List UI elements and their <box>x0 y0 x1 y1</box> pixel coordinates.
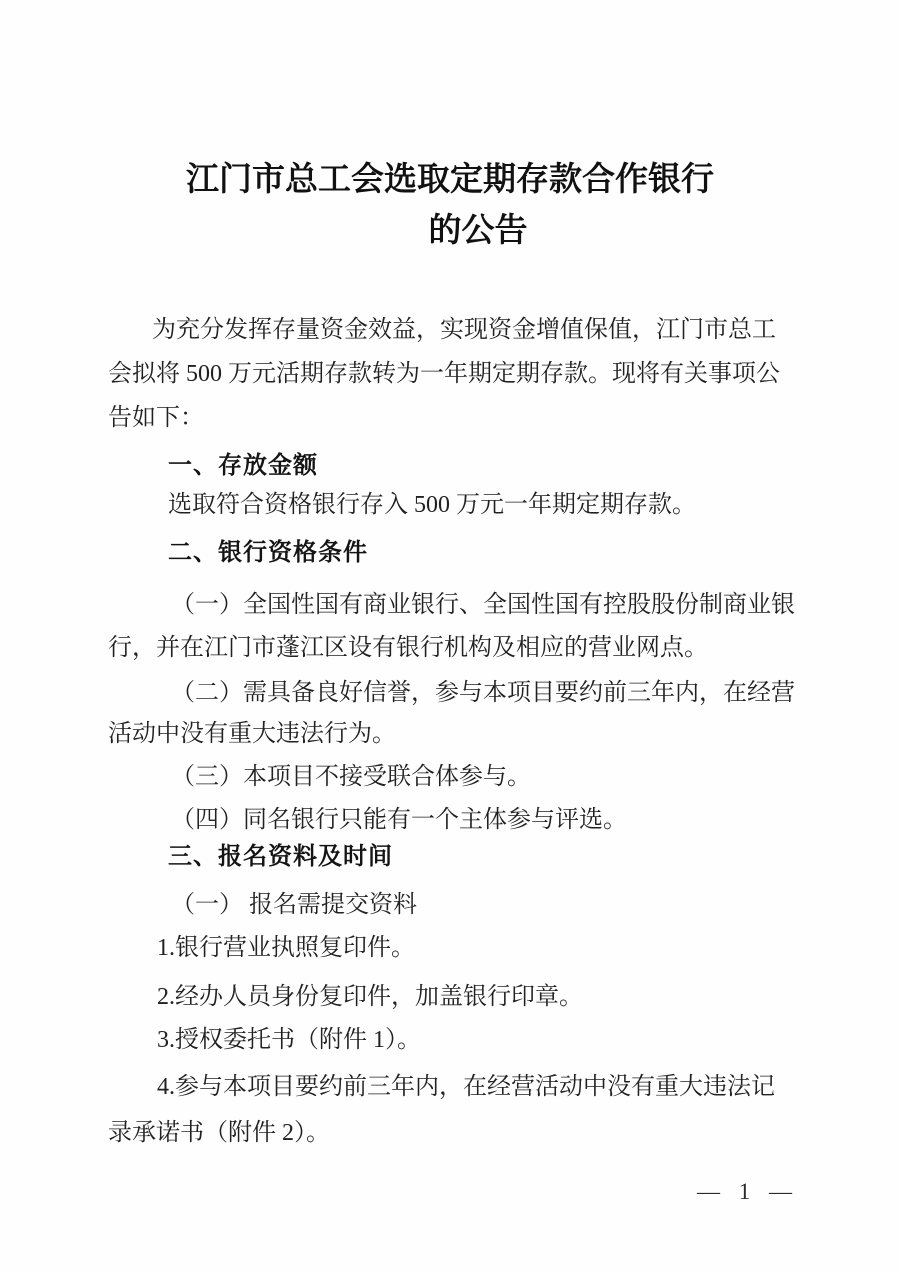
intro-line-2: 会拟将 500 万元活期存款转为一年期定期存款。现将有关事项公 <box>108 351 798 397</box>
doc-title-line-1: 江门市总工会选取定期存款合作银行 <box>0 151 900 209</box>
doc-title-line-2: 的公告 <box>28 202 900 260</box>
section2-item3-line: （三）本项目不接受联合体参与。 <box>108 754 861 800</box>
document-page: 江门市总工会选取定期存款合作银行 的公告 为充分发挥存量资金效益，实现资金增值保… <box>0 0 900 1272</box>
section3-item3-line: 3.授权委托书（附件 1）。 <box>108 1017 847 1063</box>
section3-item2-line: 2.经办人员身份复印件，加盖银行印章。 <box>108 974 847 1020</box>
section2-item1-line-1: （一）全国性国有商业银行、全国性国有控股股份制商业银 <box>108 582 861 628</box>
section3-item4-line-2: 录承诺书（附件 2）。 <box>108 1110 798 1156</box>
intro-line-3: 告如下： <box>108 395 798 441</box>
section1-body-line: 选取符合资格银行存入 500 万元一年期定期存款。 <box>108 482 858 528</box>
section-heading-3: 三、报名资料及时间 <box>108 834 858 880</box>
section3-item1-line: 1.银行营业执照复印件。 <box>108 925 847 971</box>
intro-line-1: 为充分发挥存量资金效益，实现资金增值保值，江门市总工 <box>108 307 842 353</box>
section2-item2-line-2: 活动中没有重大违法行为。 <box>108 711 798 757</box>
section2-item2-line-1: （二）需具备良好信誉，参与本项目要约前三年内，在经营 <box>108 670 861 716</box>
section3-subheading: （一） 报名需提交资料 <box>108 882 861 928</box>
page-number: — 1 — <box>108 1169 792 1215</box>
section-heading-2: 二、银行资格条件 <box>108 530 858 576</box>
section3-item4-line-1: 4.参与本项目要约前三年内，在经营活动中没有重大违法记 <box>108 1064 847 1110</box>
section2-item1-line-2: 行，并在江门市蓬江区设有银行机构及相应的营业网点。 <box>108 625 798 671</box>
